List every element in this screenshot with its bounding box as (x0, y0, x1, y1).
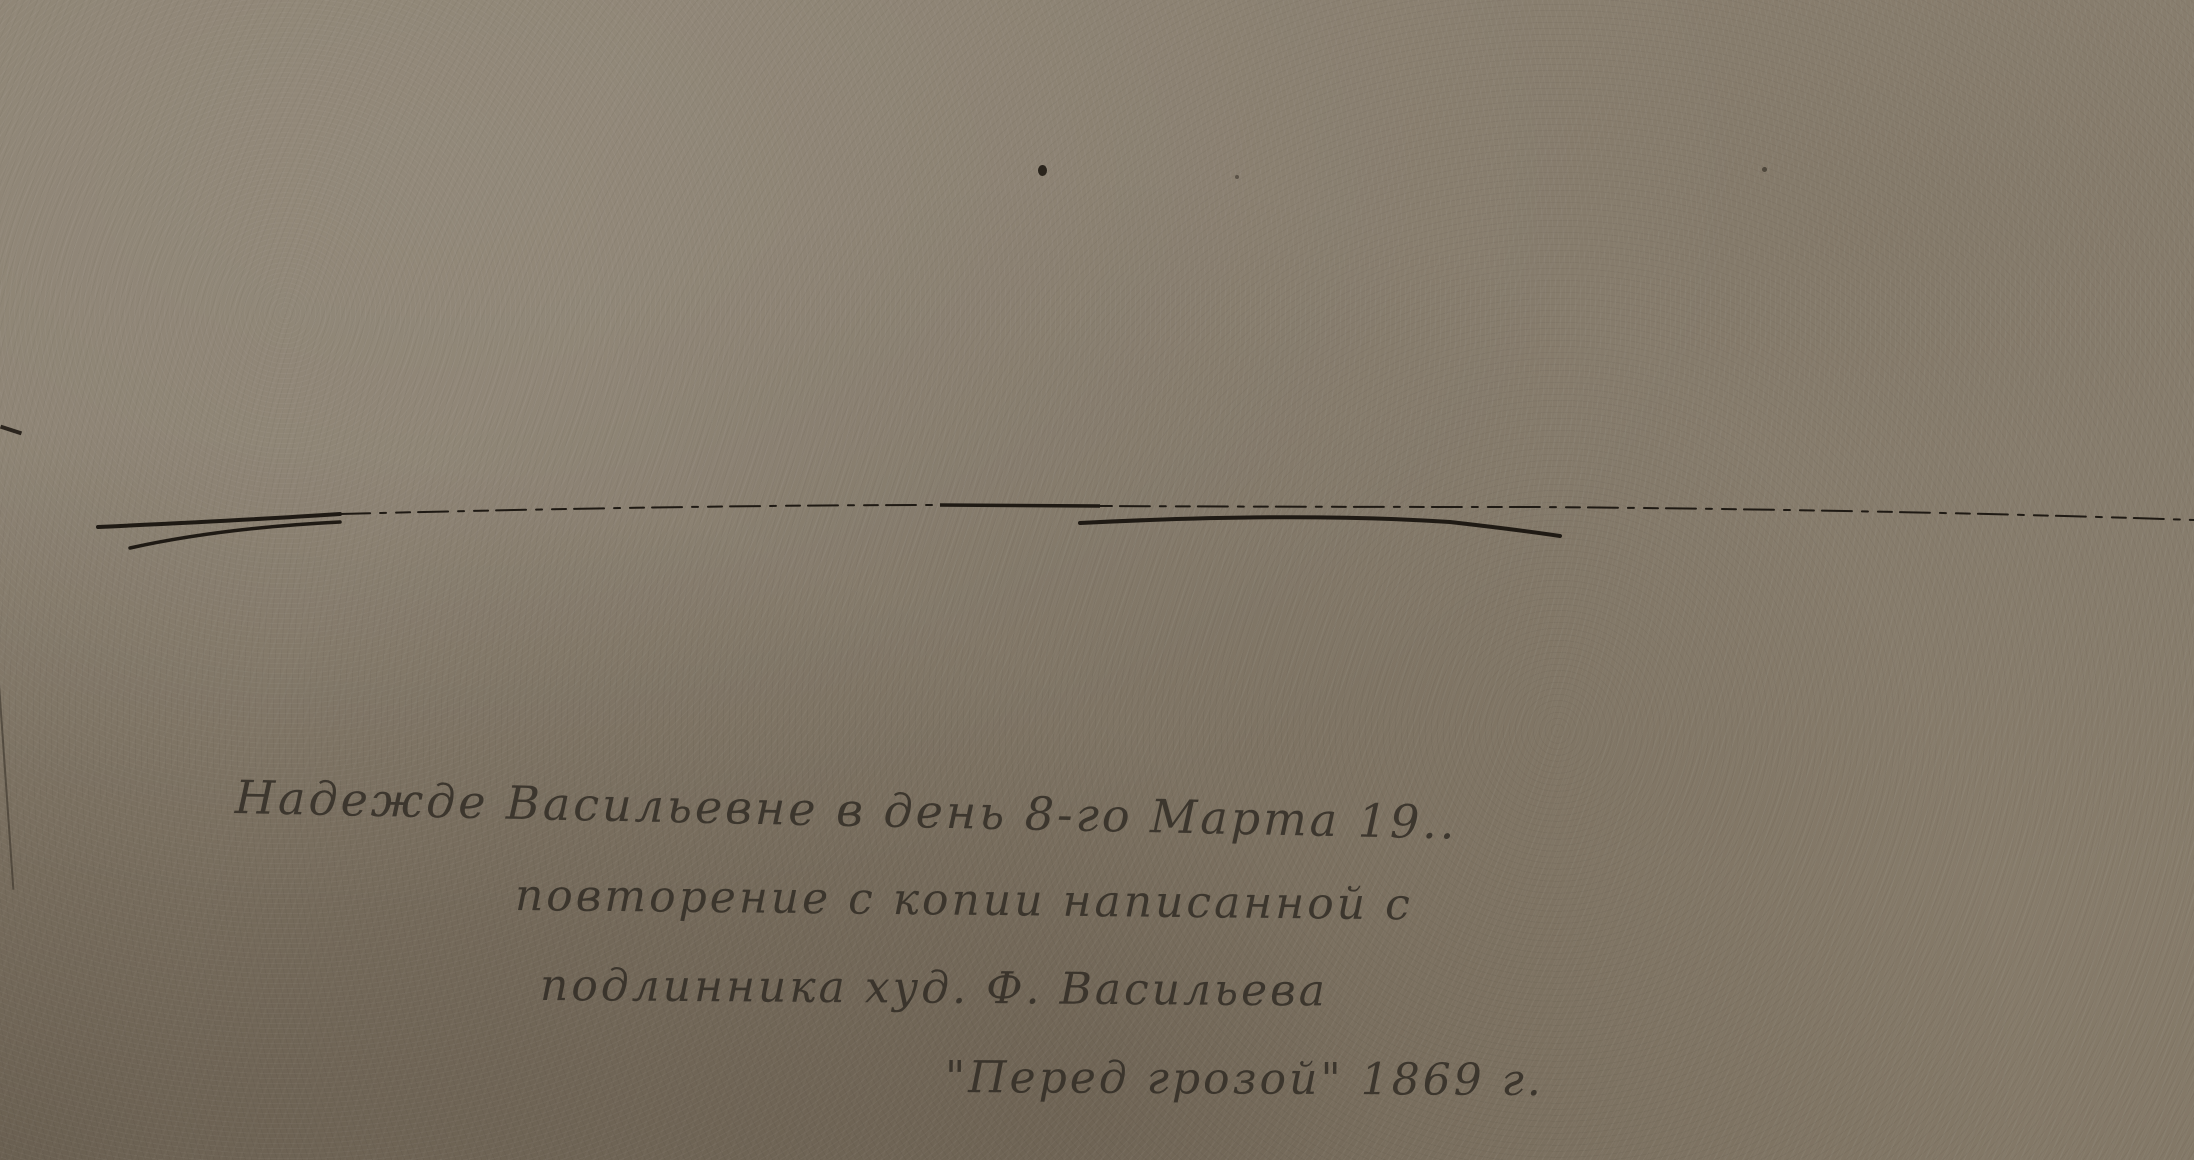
inscription-line-dedication: Надежде Васильевне в день 8-го Марта 19.… (234, 770, 1458, 850)
cardboard-surface: Надежде Васильевне в день 8-го Марта 19.… (0, 0, 2194, 1160)
inscription-line-title-year: "Перед грозой" 1869 г. (945, 1052, 1544, 1106)
inscription-line-copy-note: повторение с копии написанной с (515, 870, 1413, 930)
handwritten-inscription: Надежде Васильевне в день 8-го Марта 19.… (0, 0, 2194, 1160)
inscription-line-artist: подлинника худ. Ф. Васильева (540, 960, 1328, 1016)
